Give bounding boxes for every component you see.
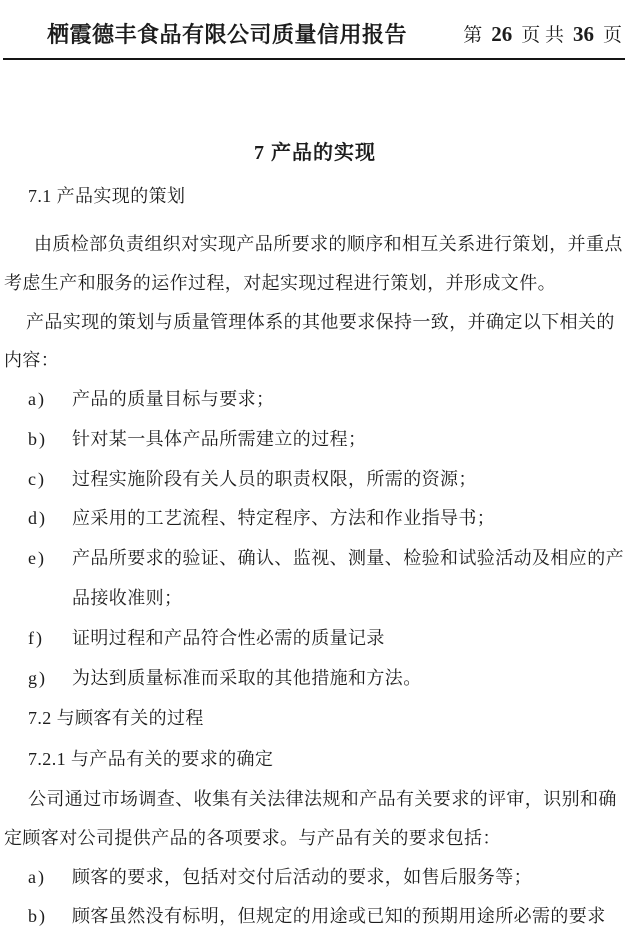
section-7-2-1: 7.2.1 与产品有关的要求的确定 bbox=[28, 747, 273, 771]
line-text: 产品实现的策划与质量管理体系的其他要求保持一致，并确定以下相关的 bbox=[26, 312, 615, 332]
line-text: 7 产品的实现 bbox=[254, 142, 376, 164]
document-body: 7 产品的实现7.1 产品实现的策划由质检部负责组织对实现产品所要求的顺序和相互… bbox=[0, 0, 630, 941]
line-text: 7.2.1 与产品有关的要求的确定 bbox=[28, 749, 273, 769]
list-item-a2: a)顾客的要求，包括对交付后活动的要求，如售后服务等； bbox=[28, 865, 532, 889]
list-label: c) bbox=[28, 467, 72, 491]
list-label: d) bbox=[28, 506, 72, 530]
para-1-line-1: 由质检部负责组织对实现产品所要求的顺序和相互关系进行策划，并重点 bbox=[34, 232, 623, 256]
list-label: a) bbox=[28, 387, 72, 411]
line-text: 产品所要求的验证、确认、监视、测量、检验和试验活动及相应的产 bbox=[72, 548, 624, 568]
line-text: 7.1 产品实现的策划 bbox=[28, 186, 185, 206]
list-label: a) bbox=[28, 865, 72, 889]
list-item-b2: b)顾客虽然没有标明，但规定的用途或已知的预期用途所必需的要求 bbox=[28, 904, 606, 928]
list-label: e) bbox=[28, 546, 72, 570]
list-item-d: d)应采用的工艺流程、特定程序、方法和作业指导书； bbox=[28, 506, 495, 530]
list-item-e-wrap: 品接收准则； bbox=[72, 586, 182, 610]
para-2-line-1: 产品实现的策划与质量管理体系的其他要求保持一致，并确定以下相关的 bbox=[26, 310, 615, 334]
line-text: 产品的质量目标与要求； bbox=[72, 389, 274, 409]
para-3-line-1: 公司通过市场调查、收集有关法律法规和产品有关要求的评审，识别和确 bbox=[28, 787, 617, 811]
list-item-b: b)针对某一具体产品所需建立的过程； bbox=[28, 427, 366, 451]
list-item-g: g)为达到质量标准而采取的其他措施和方法。 bbox=[28, 666, 422, 690]
list-label: f) bbox=[28, 626, 72, 650]
list-label: g) bbox=[28, 666, 72, 690]
line-text: 顾客的要求，包括对交付后活动的要求，如售后服务等； bbox=[72, 867, 532, 887]
list-item-e: e)产品所要求的验证、确认、监视、测量、检验和试验活动及相应的产 bbox=[28, 546, 624, 570]
line-text: 过程实施阶段有关人员的职责权限，所需的资源； bbox=[72, 469, 477, 489]
line-text: 内容： bbox=[4, 350, 59, 370]
list-label: b) bbox=[28, 904, 72, 928]
line-text: 应采用的工艺流程、特定程序、方法和作业指导书； bbox=[72, 508, 495, 528]
line-text: 考虑生产和服务的运作过程，对起实现过程进行策划，并形成文件。 bbox=[4, 273, 556, 293]
section-7-1: 7.1 产品实现的策划 bbox=[28, 184, 185, 208]
para-2-line-2: 内容： bbox=[4, 348, 59, 372]
list-item-f: f)证明过程和产品符合性必需的质量记录 bbox=[28, 626, 385, 650]
line-text: 为达到质量标准而采取的其他措施和方法。 bbox=[72, 668, 422, 688]
main-title: 7 产品的实现 bbox=[0, 141, 630, 165]
line-text: 针对某一具体产品所需建立的过程； bbox=[72, 429, 366, 449]
document-page: 栖霞德丰食品有限公司质量信用报告 第 26 页 共 36 页 7 产品的实现7.… bbox=[0, 0, 630, 941]
section-7-2: 7.2 与顾客有关的过程 bbox=[28, 706, 204, 730]
line-text: 定顾客对公司提供产品的各项要求。与产品有关的要求包括： bbox=[4, 828, 501, 848]
para-3-line-2: 定顾客对公司提供产品的各项要求。与产品有关的要求包括： bbox=[4, 826, 501, 850]
line-text: 公司通过市场调查、收集有关法律法规和产品有关要求的评审，识别和确 bbox=[28, 789, 617, 809]
line-text: 证明过程和产品符合性必需的质量记录 bbox=[72, 628, 385, 648]
line-text: 7.2 与顾客有关的过程 bbox=[28, 708, 204, 728]
line-text: 由质检部负责组织对实现产品所要求的顺序和相互关系进行策划，并重点 bbox=[34, 234, 623, 254]
para-1-line-2: 考虑生产和服务的运作过程，对起实现过程进行策划，并形成文件。 bbox=[4, 271, 556, 295]
list-item-c: c)过程实施阶段有关人员的职责权限，所需的资源； bbox=[28, 467, 477, 491]
line-text: 品接收准则； bbox=[72, 588, 182, 608]
line-text: 顾客虽然没有标明，但规定的用途或已知的预期用途所必需的要求 bbox=[72, 906, 606, 926]
list-item-a: a)产品的质量目标与要求； bbox=[28, 387, 274, 411]
list-label: b) bbox=[28, 427, 72, 451]
